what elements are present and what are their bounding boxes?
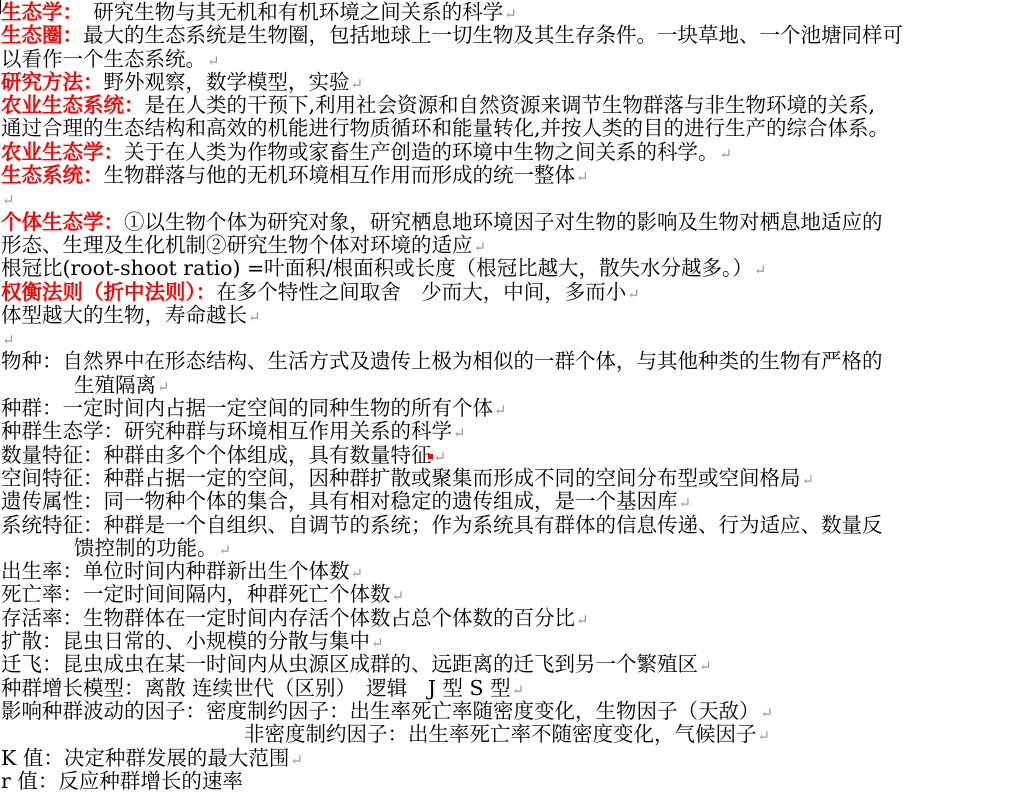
line-text: 研究生物与其无机和有机环境之间关系的科学 [73,0,504,24]
paragraph-mark-icon: ↵ [290,751,303,769]
document-line[interactable]: 农业生态系统：是在人类的干预下,利用社会资源和自然资源来调节生物群落与非生物环境… [1,94,1030,117]
document-line[interactable]: 系统特征：种群是一个自组织、自调节的系统；作为系统具有群体的信息传递、行为适应、… [1,514,1030,537]
paragraph-mark-icon: ↵ [434,448,447,466]
line-text: 遗传属性：同一物种个体的集合，具有相对稳定的遗传组成，是一个基因库 [1,489,678,513]
line-text: 种群生态学：研究种群与环境相互作用关系的科学 [1,419,452,443]
line-text: 在多个特性之间取舍 少而大，中间，多而小 [216,280,626,304]
line-text: 物种：自然界中在形态结构、生活方式及遗传上极为相似的一群个体，与其他种类的生物有… [1,349,883,373]
paragraph-mark-icon: ↵ [248,308,261,326]
line-text: ①以生物个体为研究对象，研究栖息地环境因子对生物的影响及生物对栖息地适应的 [124,210,883,234]
term-heading: 生态学： [1,0,73,24]
paragraph-mark-icon: ↵ [207,52,220,70]
document-line[interactable]: 个体生态学：①以生物个体为研究对象，研究栖息地环境因子对生物的影响及生物对栖息地… [1,211,1030,234]
line-text: 扩散：昆虫日常的、小规模的分散与集中 [1,629,370,653]
line-text: 关于在人类为作物或家畜生产创造的环境中生物之间关系的科学。 [124,140,719,164]
term-heading: 农业生态系统： [1,93,145,117]
paragraph-mark-icon: ↵ [2,191,15,209]
paragraph-mark-icon: ↵ [453,424,466,442]
paragraph-mark-icon: ↵ [351,75,364,93]
line-text: 系统特征：种群是一个自组织、自调节的系统；作为系统具有群体的信息传递、行为适应、… [1,513,883,537]
document-line[interactable]: 形态、生理及生化机制②研究生物个体对环境的适应↵ [1,234,1030,257]
document-line[interactable]: 体型越大的生物，寿命越长↵ [1,304,1030,327]
document-line[interactable]: 迁飞：昆虫成虫在某一时间内从虫源区成群的、远距离的迁飞到另一个繁殖区↵ [1,653,1030,676]
paragraph-mark-icon: ↵ [2,331,15,349]
document-line[interactable]: 种群生态学：研究种群与环境相互作用关系的科学↵ [1,420,1030,443]
document-line[interactable]: 权衡法则（折中法则）：在多个特性之间取舍 少而大，中间，多而小↵ [1,281,1030,304]
paragraph-mark-icon: ↵ [754,261,767,279]
line-text: 生殖隔离 [74,373,156,397]
document-line[interactable]: 非密度制约因子：出生率死亡率不随密度变化，气候因子↵ [1,723,1030,746]
paragraph-mark-icon: ↵ [371,634,384,652]
document-line[interactable]: 馈控制的功能。↵ [1,537,1030,560]
document-line[interactable]: 种群增长模型：离散 连续世代（区别） 逻辑 J 型 S 型↵ [1,677,1030,700]
document-line[interactable]: 生态系统：生物群落与他的无机环境相互作用而形成的统一整体↵ [1,164,1030,187]
document-line[interactable]: ↵ [1,327,1030,350]
paragraph-mark-icon: ↵ [758,727,771,745]
paragraph-mark-icon: ↵ [679,494,692,512]
document-line[interactable]: r 值：反应种群增长的速率 [1,770,1030,793]
term-heading: 农业生态学： [1,140,124,164]
paragraph-mark-icon: ↵ [512,681,525,699]
line-text: 根冠比(root-shoot ratio) =叶面积/根面积或长度（根冠比越大，… [1,256,753,280]
document-line[interactable]: 生殖隔离↵ [1,374,1030,397]
line-text: 是在人类的干预下,利用社会资源和自然资源来调节生物群落与非生物环境的关系, [145,93,876,117]
term-heading: 研究方法： [1,70,104,94]
line-text: 野外观察，数学模型，实验 [104,70,350,94]
paragraph-mark-icon: ↵ [504,5,517,23]
document-line[interactable]: 数量特征：种群由多个个体组成，具有数量特征↵ [1,444,1030,467]
document-line[interactable]: 遗传属性：同一物种个体的集合，具有相对稳定的遗传组成，是一个基因库↵ [1,490,1030,513]
document-page[interactable]: 生态学： 研究生物与其无机和有机环境之间关系的科学↵生态圈：最大的生态系统是生物… [1,1,1030,793]
line-text: 死亡率：一定时间间隔内，种群死亡个体数 [1,582,391,606]
document-line[interactable]: K 值：决定种群发展的最大范围↵ [1,747,1030,770]
line-text: 空间特征：种群占据一定的空间，因种群扩散或聚集而形成不同的空间分布型或空间格局 [1,466,801,490]
line-text: 以看作一个生态系统。 [1,47,206,71]
paragraph-mark-icon: ↵ [351,564,364,582]
document-line[interactable]: 出生率：单位时间内种群新出生个体数↵ [1,560,1030,583]
document-line[interactable]: 生态学： 研究生物与其无机和有机环境之间关系的科学↵ [1,1,1030,24]
document-line[interactable]: 死亡率：一定时间间隔内，种群死亡个体数↵ [1,583,1030,606]
term-heading: 生态圈： [1,23,83,47]
paragraph-mark-icon: ↵ [494,401,507,419]
line-text: 存活率：生物群体在一定时间内存活个体数占总个体数的百分比 [1,606,575,630]
line-text: 出生率：单位时间内种群新出生个体数 [1,559,350,583]
document-line[interactable]: 物种：自然界中在形态结构、生活方式及遗传上极为相似的一群个体，与其他种类的生物有… [1,350,1030,373]
paragraph-mark-icon: ↵ [761,704,774,722]
line-text: 迁飞：昆虫成虫在某一时间内从虫源区成群的、远距离的迁飞到另一个繁殖区 [1,652,698,676]
line-text: 形态、生理及生化机制②研究生物个体对环境的适应 [1,233,473,257]
document-line[interactable]: ↵ [1,187,1030,210]
line-text: 非密度制约因子：出生率死亡率不随密度变化，气候因子 [244,722,757,746]
line-text: r 值：反应种群增长的速率 [1,769,243,793]
paragraph-mark-icon: ↵ [627,285,640,303]
line-text: 通过合理的生态结构和高效的机能进行物质循环和能量转化,并按人类的目的进行生产的综… [1,116,889,140]
document-line[interactable]: 扩散：昆虫日常的、小规模的分散与集中↵ [1,630,1030,653]
paragraph-mark-icon: ↵ [157,378,170,396]
document-line[interactable]: 生态圈：最大的生态系统是生物圈，包括地球上一切生物及其生存条件。一块草地、一个池… [1,24,1030,47]
red-marker [428,454,433,459]
document-line[interactable]: 种群：一定时间内占据一定空间的同种生物的所有个体↵ [1,397,1030,420]
line-text: 影响种群波动的因子：密度制约因子：出生率死亡率随密度变化，生物因子（天敌） [1,699,760,723]
line-text: 数量特征：种群由多个个体组成，具有数量特征 [1,443,432,467]
document-line[interactable]: 根冠比(root-shoot ratio) =叶面积/根面积或长度（根冠比越大，… [1,257,1030,280]
document-line[interactable]: 农业生态学：关于在人类为作物或家畜生产创造的环境中生物之间关系的科学。↵ [1,141,1030,164]
line-text: K 值：决定种群发展的最大范围 [1,746,289,770]
paragraph-mark-icon: ↵ [720,145,733,163]
line-text: 体型越大的生物，寿命越长 [1,303,247,327]
line-text: 种群：一定时间内占据一定空间的同种生物的所有个体 [1,396,493,420]
document-line[interactable]: 存活率：生物群体在一定时间内存活个体数占总个体数的百分比↵ [1,607,1030,630]
paragraph-mark-icon: ↵ [576,168,589,186]
document-line[interactable]: 以看作一个生态系统。↵ [1,48,1030,71]
term-heading: 权衡法则（折中法则）： [1,280,216,304]
line-text: 最大的生态系统是生物圈，包括地球上一切生物及其生存条件。一块草地、一个池塘同样可 [83,23,903,47]
paragraph-mark-icon: ↵ [802,471,815,489]
term-heading: 生态系统： [1,163,104,187]
paragraph-mark-icon: ↵ [474,238,487,256]
line-text: 馈控制的功能。 [74,536,218,560]
line-text: 生物群落与他的无机环境相互作用而形成的统一整体 [104,163,576,187]
paragraph-mark-icon: ↵ [392,587,405,605]
paragraph-mark-icon: ↵ [699,657,712,675]
paragraph-mark-icon: ↵ [219,541,232,559]
paragraph-mark-icon: ↵ [576,611,589,629]
document-line[interactable]: 通过合理的生态结构和高效的机能进行物质循环和能量转化,并按人类的目的进行生产的综… [1,117,1030,140]
document-line[interactable]: 影响种群波动的因子：密度制约因子：出生率死亡率随密度变化，生物因子（天敌）↵ [1,700,1030,723]
document-line[interactable]: 研究方法：野外观察，数学模型，实验↵ [1,71,1030,94]
term-heading: 个体生态学： [1,210,124,234]
document-line[interactable]: 空间特征：种群占据一定的空间，因种群扩散或聚集而形成不同的空间分布型或空间格局↵ [1,467,1030,490]
line-text: 种群增长模型：离散 连续世代（区别） 逻辑 J 型 S 型 [1,676,511,700]
